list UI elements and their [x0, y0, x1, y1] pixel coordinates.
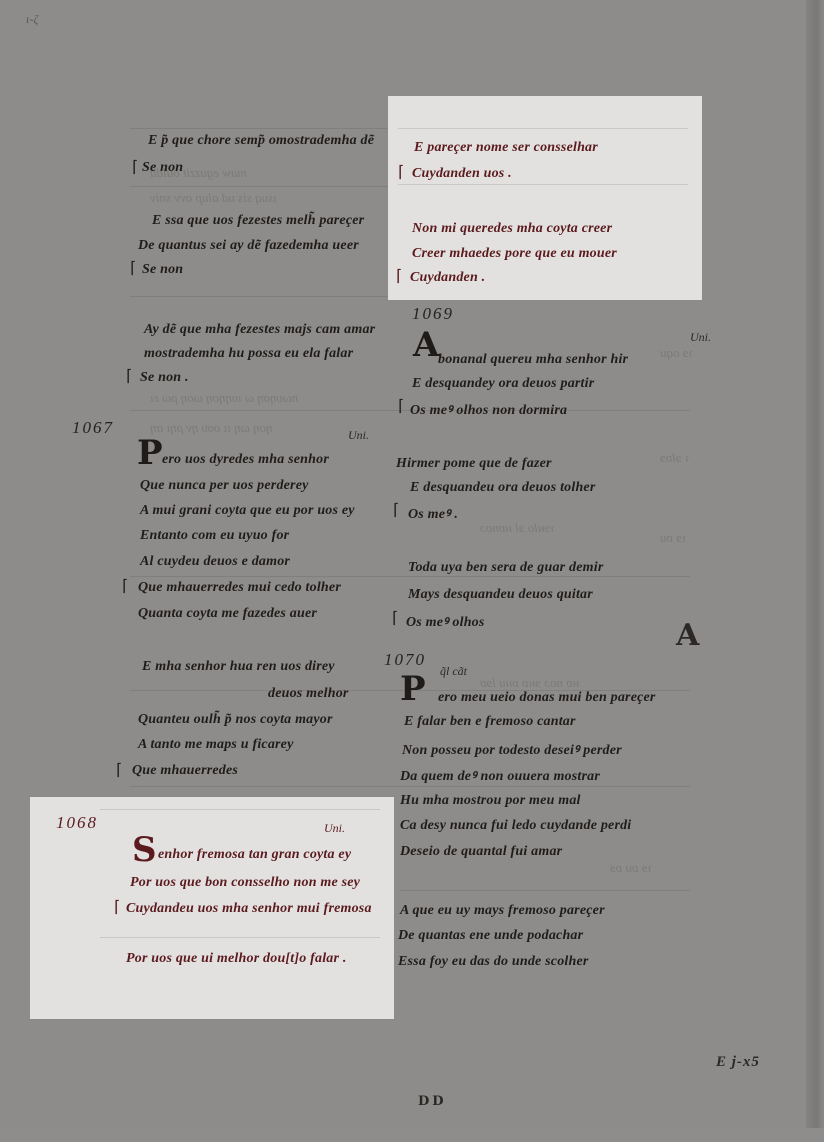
bleed-through-text: ɿɘ ɒu ɒɘ: [610, 860, 652, 876]
refrain-line: Cuydandeu uos mha senhor mui fremosa: [126, 901, 372, 917]
refrain-line: Se non: [142, 262, 183, 278]
verse-line: E desquandeu ora deuos tolher: [410, 480, 596, 496]
paragraph-mark: ⌈: [126, 366, 132, 385]
verse-line: enhor fremosa tan gran coyta ey: [158, 847, 351, 863]
paragraph-mark: ⌈: [114, 897, 120, 916]
verse-line: Por uos que bon consselho non me sey: [130, 875, 360, 891]
verse-line: Mays desquandeu deuos quitar: [408, 587, 593, 603]
ruling-line: [130, 786, 690, 787]
initial-letter: S: [132, 833, 157, 867]
verse-line: Por uos que ui melhor dou[t]o falar .: [126, 951, 347, 967]
verse-line: ero meu ueio donas mui ben pareçer: [438, 690, 656, 706]
initial-letter: P: [400, 672, 426, 706]
verse-line: Hu mha mostrou por meu mal: [400, 793, 581, 809]
refrain-line: Cuydanden .: [410, 270, 485, 286]
paragraph-mark: ⌈: [132, 157, 138, 176]
verse-line: Hirmer pome que de fazer: [396, 456, 552, 472]
verse-line: A tanto me maps u ficarey: [138, 737, 294, 753]
verse-line: E mha senhor hua ren uos direy: [142, 659, 335, 675]
paragraph-mark: ⌈: [116, 760, 122, 779]
poem-number: 1070: [384, 650, 426, 670]
corner-mark: ι-ζ: [26, 12, 38, 27]
poem-number: 1069: [412, 304, 454, 324]
verse-line: mostrademha hu possa eu ela falar: [144, 346, 353, 362]
verse-line: bonanal quereu mha senhor hir: [438, 352, 628, 368]
poem-number: 1068: [56, 813, 98, 833]
page-signature: DD: [418, 1094, 447, 1109]
verse-line: A mui grani coyta que eu por uos ey: [140, 503, 355, 519]
bleed-through-text: ʜɒ noɔ ɘʜɒ ɒʜu lɘɒ: [480, 675, 579, 691]
highlight-region-top: E pareçer nome ser consselhar ⌈ Cuydande…: [388, 96, 702, 300]
initial-letter: A: [413, 328, 439, 362]
refrain-line: Se non .: [140, 370, 189, 386]
refrain-line: Que mhauerredes mui cedo tolher: [138, 580, 341, 596]
ruling-line: [398, 184, 688, 185]
verse-line: E falar ben e fremoso cantar: [404, 714, 576, 730]
paragraph-mark: ⌈: [398, 396, 404, 415]
refrain-line: Os meꝰ .: [408, 504, 458, 523]
catalog-mark: E j-x5: [716, 1054, 760, 1071]
marginal-note: q̃l cãt: [440, 664, 467, 679]
ruling-line: [100, 937, 380, 938]
bleed-through-text: ιsuq sis ud alup ovv sniv: [150, 190, 277, 206]
manuscript-page: sobre iu xa ouns maly maw eguzzit oulda …: [0, 0, 810, 1130]
bleed-through-text: nωυηση ω ιυηηοη ωοη ρω ει: [150, 390, 298, 406]
marginal-note: Uni.: [324, 821, 345, 836]
verse-line: A que eu uy mays fremoso pareçer: [400, 903, 605, 919]
verse-line: De quantus sei ay dẽ fazedemha ueer: [138, 238, 359, 254]
bleed-through-text: ηοη ωη ιι οσυ ην ρηι αη: [150, 420, 272, 436]
initial-letter: P: [137, 436, 163, 470]
paragraph-mark: ⌈: [393, 500, 399, 519]
verse-line-continuation: deuos melhor: [268, 686, 349, 702]
bleed-through-text: ɿɘ ɒu: [660, 530, 687, 546]
verse-line: Creer mhaedes pore que eu mouer: [412, 246, 617, 262]
verse-line: Deseio de quantal fui amar: [400, 844, 562, 860]
verse-line: E ssa que uos fezestes melh͂ pareçer: [152, 213, 364, 229]
bleed-through-text: ɿɘ oqu: [660, 345, 693, 361]
paragraph-mark: ⌈: [130, 258, 136, 277]
verse-line: Ca desy nunca fui ledo cuydande perdi: [400, 818, 631, 834]
verse-line: Quanteu oulh͂ p̃ nos coyta mayor: [138, 712, 333, 728]
verse-line: Que nunca per uos perderey: [140, 478, 309, 494]
verse-line: Non posseu por todesto deseiꝰ perder: [402, 740, 622, 759]
verse-line: E pareçer nome ser consselhar: [414, 140, 598, 156]
highlight-region-bottom: 1068 Uni. S enhor fremosa tan gran coyta…: [30, 797, 394, 1019]
ruling-line: [130, 576, 690, 577]
ruling-line: [398, 128, 688, 129]
paragraph-mark: ⌈: [396, 266, 402, 285]
bleed-through-text: ɿɘʜlo ɘl ʜɒnoɔ: [480, 520, 555, 536]
marginal-note: Uni.: [348, 428, 369, 443]
verse-line: Entanto com eu uyuo for: [140, 528, 289, 544]
verse-line: E desquandey ora deuos partir: [412, 376, 594, 392]
refrain-line: Cuydanden uos .: [412, 166, 512, 182]
verse-line: Non mi queredes mha coyta creer: [412, 221, 612, 237]
verse-line: Toda uya ben sera de guar demir: [408, 560, 603, 576]
margin-letter: A: [676, 618, 699, 653]
refrain-line: Os meꝰ olhos non dormira: [410, 400, 567, 419]
refrain-line: Que mhauerredes: [132, 763, 238, 779]
verse-line: Essa foy eu das do unde scolher: [398, 954, 589, 970]
ruling-line: [100, 809, 380, 810]
refrain-line: Se non: [142, 160, 183, 176]
ruling-line: [400, 890, 690, 891]
poem-number: 1067: [72, 418, 114, 438]
verse-line: Al cuydeu deuos e damor: [140, 554, 290, 570]
verse-line: ero uos dyredes mha senhor: [162, 452, 329, 468]
paragraph-mark: ⌈: [392, 608, 398, 627]
verse-line: Ay dẽ que mha fezestes majs cam amar: [144, 322, 375, 338]
verse-line: Quanta coyta me fazedes auer: [138, 606, 317, 622]
verse-line: E p͂ que chore semp͂ omostrademha dẽ: [148, 133, 374, 149]
paragraph-mark: ⌈: [122, 576, 128, 595]
page-bottom-edge: [0, 1128, 824, 1142]
bleed-through-text: ɿ ɘlɒɘ: [660, 450, 690, 466]
marginal-note: Uni.: [690, 330, 711, 345]
page-edge: [806, 0, 824, 1142]
verse-line: Da quem deꝰ non ouuera mostrar: [400, 766, 600, 785]
paragraph-mark: ⌈: [398, 162, 404, 181]
verse-line: De quantas ene unde podachar: [398, 928, 583, 944]
refrain-line: Os meꝰ olhos: [406, 612, 485, 631]
